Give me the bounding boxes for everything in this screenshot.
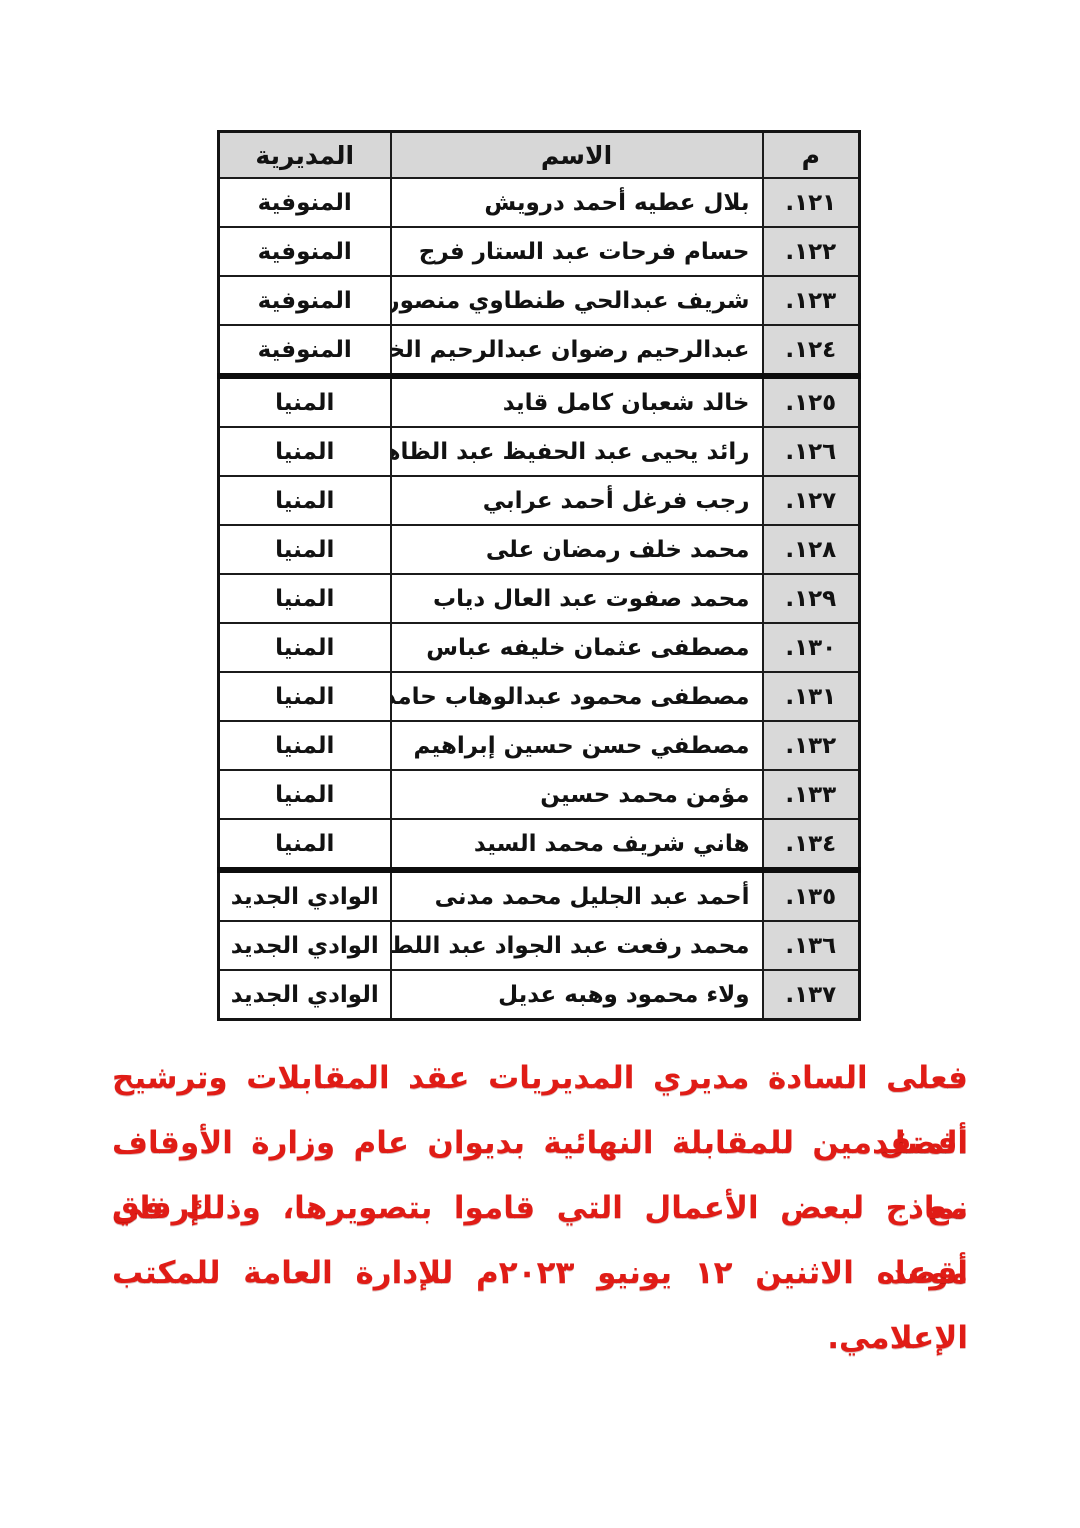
table-row: ١٢٨.محمد خلف رمضان علىالمنيا <box>219 525 860 574</box>
column-header-name: الاسم <box>391 132 763 179</box>
name-cell: خالد شعبان كامل قايد <box>391 376 763 427</box>
row-number-cell: ١٢٨. <box>763 525 860 574</box>
column-header-directorate: المديرية <box>219 132 391 179</box>
directorate-cell: المنيا <box>219 721 391 770</box>
directorate-cell: المنيا <box>219 623 391 672</box>
row-number-cell: ١٣٣. <box>763 770 860 819</box>
row-number-cell: ١٣٧. <box>763 970 860 1020</box>
row-number-cell: ١٢٥. <box>763 376 860 427</box>
name-cell: محمد صفوت عبد العال دياب <box>391 574 763 623</box>
table-row: ١٣٠.مصطفى عثمان خليفه عباسالمنيا <box>219 623 860 672</box>
notice-paragraph: فعلى السادة مديري المديريات عقد المقابلا… <box>112 1046 968 1371</box>
notice-line: نماذج لبعض الأعمال التي قاموا بتصويرها، … <box>112 1176 968 1241</box>
directorate-cell: المنوفية <box>219 178 391 227</box>
row-number-cell: ١٣٦. <box>763 921 860 970</box>
name-cell: محمد رفعت عبد الجواد عبد اللطيف <box>391 921 763 970</box>
name-cell: ولاء محمود وهبه عديل <box>391 970 763 1020</box>
row-number-cell: ١٣١. <box>763 672 860 721</box>
name-cell: مصطفى عثمان خليفه عباس <box>391 623 763 672</box>
row-number-cell: ١٢٤. <box>763 325 860 376</box>
table-row: ١٢٢.حسام فرحات عبد الستار فرجالمنوفية <box>219 227 860 276</box>
notice-line: أقصاه الاثنين ١٢ يونيو ٢٠٢٣م للإدارة الع… <box>112 1241 968 1306</box>
name-cell: رائد يحيى عبد الحفيظ عبد الظاهر <box>391 427 763 476</box>
row-number-cell: ١٣٤. <box>763 819 860 870</box>
name-cell: عبدالرحيم رضوان عبدالرحيم الخولي <box>391 325 763 376</box>
name-cell: شريف عبدالحي طنطاوي منصور <box>391 276 763 325</box>
table-row: ١٢٤.عبدالرحيم رضوان عبدالرحيم الخوليالمن… <box>219 325 860 376</box>
table-row: ١٢٧.رجب فرغل أحمد عرابيالمنيا <box>219 476 860 525</box>
directorate-cell: المنوفية <box>219 325 391 376</box>
name-cell: مؤمن محمد حسين <box>391 770 763 819</box>
table-row: ١٣٧.ولاء محمود وهبه عديلالوادي الجديد <box>219 970 860 1020</box>
directorate-cell: المنوفية <box>219 276 391 325</box>
directorate-cell: الوادي الجديد <box>219 921 391 970</box>
name-cell: مصطفي حسن حسين إبراهيم <box>391 721 763 770</box>
directorate-cell: المنيا <box>219 770 391 819</box>
table-row: ١٣٤.هاني شريف محمد السيدالمنيا <box>219 819 860 870</box>
directorate-cell: المنيا <box>219 427 391 476</box>
table-row: ١٣٢.مصطفي حسن حسين إبراهيمالمنيا <box>219 721 860 770</box>
table-row: ١٣٥.أحمد عبد الجليل محمد مدنىالوادي الجد… <box>219 870 860 921</box>
directorate-cell: المنيا <box>219 376 391 427</box>
table-row: ١٢٦.رائد يحيى عبد الحفيظ عبد الظاهرالمني… <box>219 427 860 476</box>
table-row: ١٢٣.شريف عبدالحي طنطاوي منصورالمنوفية <box>219 276 860 325</box>
table-row: ١٢٩.محمد صفوت عبد العال ديابالمنيا <box>219 574 860 623</box>
table-header-row: م الاسم المديرية <box>219 132 860 179</box>
row-number-cell: ١٣٢. <box>763 721 860 770</box>
directorate-cell: الوادي الجديد <box>219 970 391 1020</box>
name-cell: مصطفى محمود عبدالوهاب حامد <box>391 672 763 721</box>
name-cell: أحمد عبد الجليل محمد مدنى <box>391 870 763 921</box>
row-number-cell: ١٢٩. <box>763 574 860 623</box>
directorate-cell: المنيا <box>219 476 391 525</box>
name-cell: رجب فرغل أحمد عرابي <box>391 476 763 525</box>
directorate-cell: المنيا <box>219 574 391 623</box>
document-page: م الاسم المديرية ١٢١.بلال عطيه أحمد دروي… <box>0 0 1080 1528</box>
table-row: ١٣١.مصطفى محمود عبدالوهاب حامدالمنيا <box>219 672 860 721</box>
table-row: ١٢١.بلال عطيه أحمد درويشالمنوفية <box>219 178 860 227</box>
notice-line: المتقدمين للمقابلة النهائية بديوان عام و… <box>112 1111 968 1176</box>
column-header-number: م <box>763 132 860 179</box>
table-row: ١٣٦.محمد رفعت عبد الجواد عبد اللطيفالواد… <box>219 921 860 970</box>
directorate-cell: المنيا <box>219 672 391 721</box>
row-number-cell: ١٢٢. <box>763 227 860 276</box>
directorate-cell: المنيا <box>219 525 391 574</box>
row-number-cell: ١٢١. <box>763 178 860 227</box>
row-number-cell: ١٣٥. <box>763 870 860 921</box>
name-cell: حسام فرحات عبد الستار فرج <box>391 227 763 276</box>
name-cell: بلال عطيه أحمد درويش <box>391 178 763 227</box>
row-number-cell: ١٢٦. <box>763 427 860 476</box>
notice-line: الإعلامي. <box>112 1306 968 1371</box>
name-cell: هاني شريف محمد السيد <box>391 819 763 870</box>
table-row: ١٢٥.خالد شعبان كامل قايدالمنيا <box>219 376 860 427</box>
name-cell: محمد خلف رمضان على <box>391 525 763 574</box>
row-number-cell: ١٢٣. <box>763 276 860 325</box>
directorate-cell: المنيا <box>219 819 391 870</box>
table-body: ١٢١.بلال عطيه أحمد درويشالمنوفية١٢٢.حسام… <box>219 178 860 1020</box>
row-number-cell: ١٣٠. <box>763 623 860 672</box>
notice-line: فعلى السادة مديري المديريات عقد المقابلا… <box>112 1046 968 1111</box>
directorate-cell: الوادي الجديد <box>219 870 391 921</box>
table-row: ١٣٣.مؤمن محمد حسينالمنيا <box>219 770 860 819</box>
candidates-table: م الاسم المديرية ١٢١.بلال عطيه أحمد دروي… <box>217 130 861 1021</box>
row-number-cell: ١٢٧. <box>763 476 860 525</box>
directorate-cell: المنوفية <box>219 227 391 276</box>
